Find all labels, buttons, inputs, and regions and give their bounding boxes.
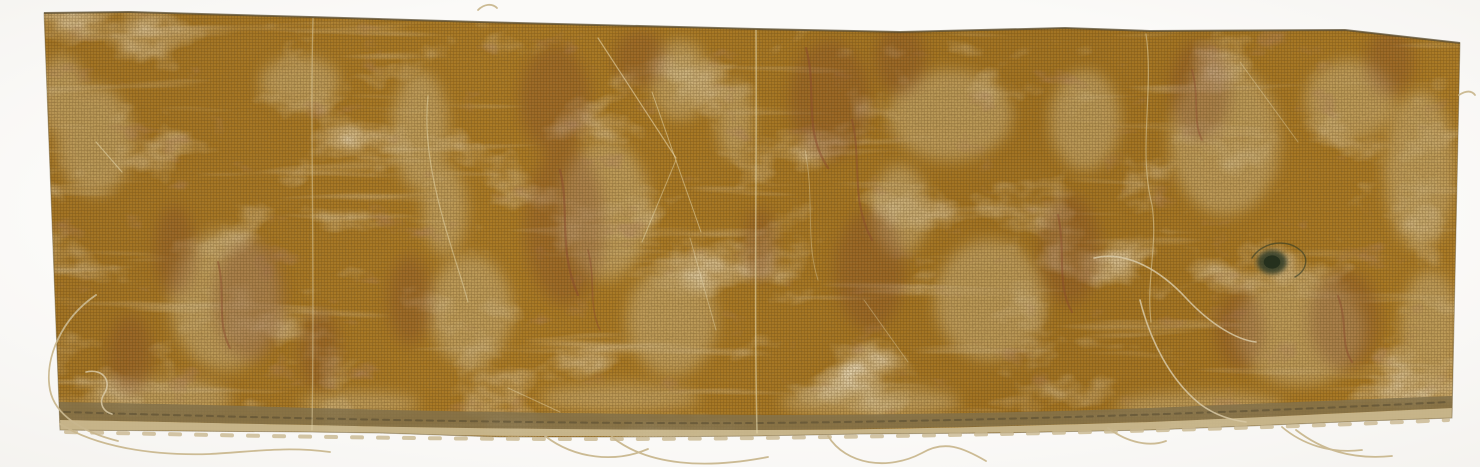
fabric-weave-texture: [38, 6, 1466, 444]
fabric-surface: [38, 6, 1466, 444]
ink-spot-core: [1264, 255, 1281, 268]
fabric-fragment: [38, 5, 1475, 464]
scan-canvas: [0, 0, 1480, 467]
textile-fragment-image: [0, 0, 1480, 467]
